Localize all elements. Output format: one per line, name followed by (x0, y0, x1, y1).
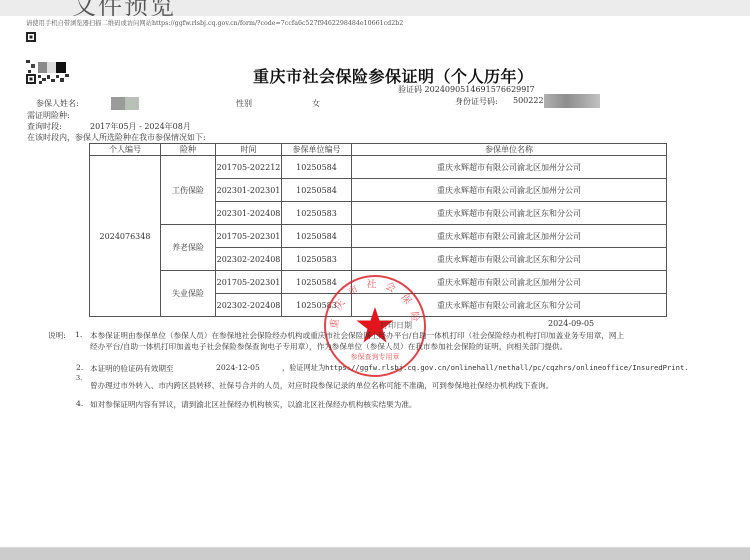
viewer-title: 文件预览 (72, 0, 176, 16)
viewer-footer (0, 547, 750, 560)
note-1-line2: 经办平台/自助一体机打印加盖电子社会保险参保查询电子专用章），作为参保单位（参保… (90, 341, 567, 352)
name-redacted (111, 97, 139, 110)
insurance-type-cell: 失业保险 (161, 271, 216, 317)
personal-id-cell: 2024076348 (90, 156, 161, 317)
notes-label: 说明: (48, 330, 66, 341)
unit-no-cell: 10250584 (282, 156, 352, 179)
unit-name-cell: 重庆永辉超市有限公司渝北区加州分公司 (352, 179, 667, 202)
header-unit-no: 参保单位编号 (282, 144, 352, 156)
period-value: 2017年05月 - 2024年08月 (90, 121, 191, 132)
unit-no-cell: 10250583 (282, 202, 352, 225)
unit-no-cell: 10250583 (282, 248, 352, 271)
scan-hint: 请使用手机自带浏览器扫描二维码或访问网站https://ggfw.rlsbj.c… (26, 18, 403, 27)
unit-name-cell: 重庆永辉超市有限公司渝北区东和分公司 (352, 202, 667, 225)
period-cell: 202301-202408 (216, 202, 282, 225)
viewer-header: 文件预览 (0, 0, 750, 16)
header-insurance-type: 险种 (161, 144, 216, 156)
period-cell: 201705-202212 (216, 156, 282, 179)
verify-code-value: 20240905146915766299I7 (425, 85, 535, 94)
id-label: 身份证号码: (455, 96, 498, 107)
note-2-url: ，验证网址为https://ggfw.rlsbj.cq.gov.cn/onlin… (282, 363, 689, 373)
gender-label: 性别 (236, 98, 252, 109)
period-label: 查询时段: (27, 121, 62, 132)
header-personal-id: 个人编号 (90, 144, 161, 156)
note-1-line1: 本参保证明由参保单位（参保人员）在参保地社会保险经办机构或重庆市社会保险网上经办… (90, 330, 624, 341)
period-cell: 202302-202408 (216, 294, 282, 317)
note-3-line1: 曾办理过市外转入、市内跨区县转移、社保号合并的人员，对应时段参保记录的单位名称可… (90, 380, 553, 391)
qr-code (26, 30, 72, 84)
id-redacted (544, 94, 600, 108)
verify-code: 验证码 20240905146915766299I7 (398, 84, 535, 95)
unit-no-cell: 10250584 (282, 179, 352, 202)
unit-name-cell: 重庆永辉超市有限公司渝北区东和分公司 (352, 248, 667, 271)
seal-bottom-text: 参保查询专用章 (351, 352, 400, 361)
print-date: 2024-09-05 (548, 319, 594, 328)
note-4-line1: 如对参保证明内容有异议，请到渝北区社保经办机构核实，以渝北区社保经办机构核实结果… (90, 399, 417, 410)
note-4-num: 4. (76, 399, 83, 408)
insurance-type-cell: 养老保险 (161, 225, 216, 271)
note-2-line1: 本证明的验证码有效期至 (90, 363, 174, 374)
gender-value: 女 (312, 98, 320, 109)
table-header-row: 个人编号 险种 时间 参保单位编号 参保单位名称 (90, 144, 667, 156)
period-cell: 201705-202301 (216, 225, 282, 248)
header-unit-name: 参保单位名称 (352, 144, 667, 156)
name-label: 参保人姓名: (36, 98, 79, 109)
table-row: 养老保险201705-20230110250584重庆永辉超市有限公司渝北区加州… (90, 225, 667, 248)
insurance-type-cell: 工伤保险 (161, 156, 216, 225)
note-2-num: 2. (76, 363, 83, 372)
insurance-type-label: 需证明险种: (27, 110, 70, 121)
table-row: 2024076348工伤保险201705-20221210250584重庆永辉超… (90, 156, 667, 179)
header-period: 时间 (216, 144, 282, 156)
period-cell: 202302-202408 (216, 248, 282, 271)
note-2-date: 2024-12-05 (216, 363, 260, 372)
unit-name-cell: 重庆永辉超市有限公司渝北区加州分公司 (352, 225, 667, 248)
period-cell: 202301-202301 (216, 179, 282, 202)
period-cell: 201705-202301 (216, 271, 282, 294)
unit-name-cell: 重庆永辉超市有限公司渝北区加州分公司 (352, 156, 667, 179)
intro-text: 在该时段内，参保人所选险种在我市参保情况如下: (27, 132, 206, 143)
note-1-num: 1. (75, 330, 82, 339)
verify-code-label: 验证码 (398, 85, 422, 94)
unit-no-cell: 10250584 (282, 225, 352, 248)
note-3-num: 3. (76, 374, 82, 382)
